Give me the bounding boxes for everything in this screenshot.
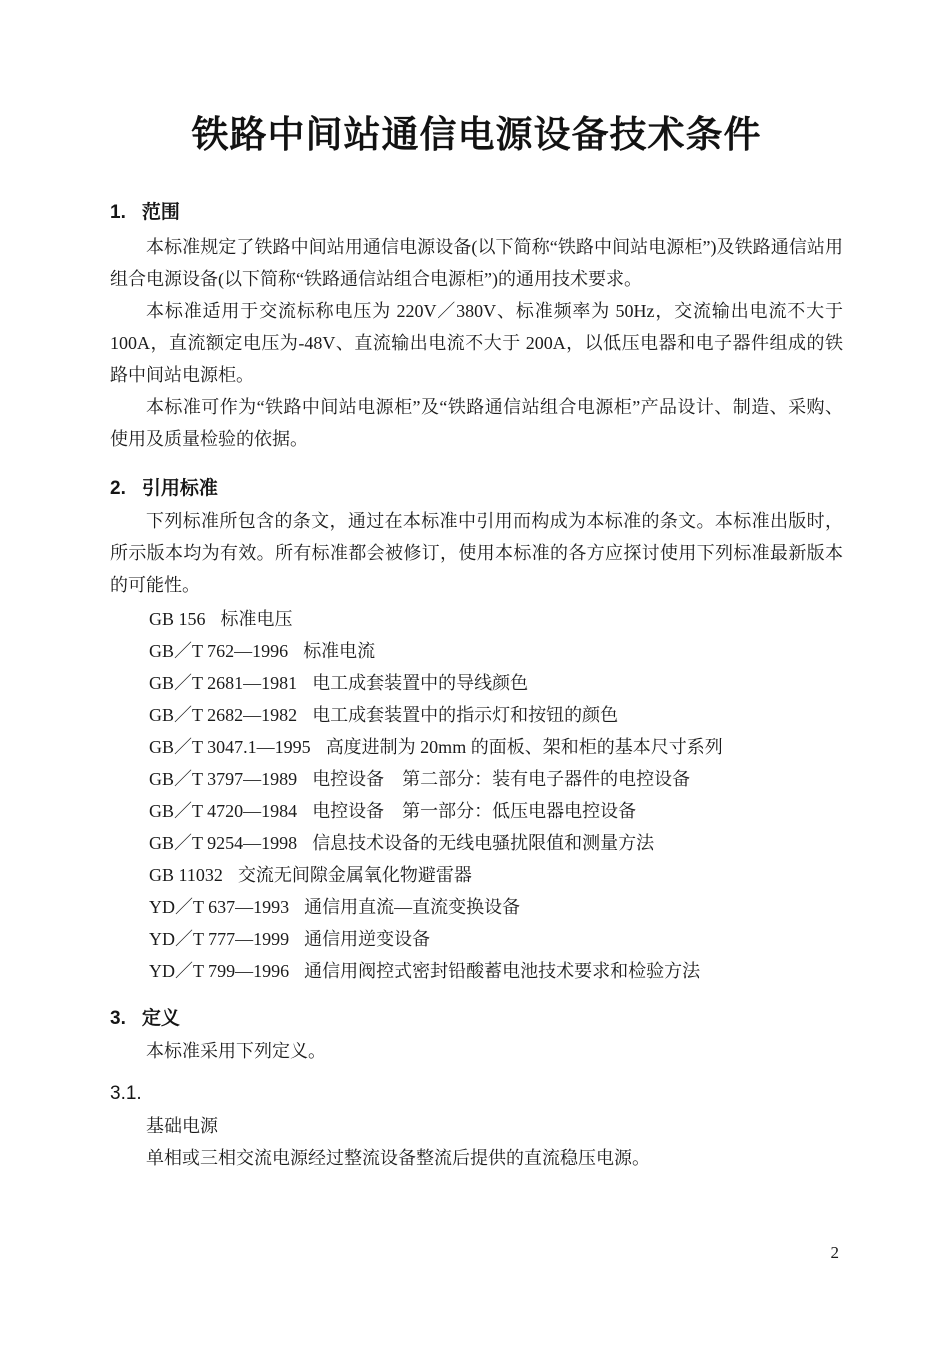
section-1-heading: 1.范围 [110,197,843,229]
standard-title: 电控设备 第二部分：装有电子器件的电控设备 [312,769,690,789]
section-2-number: 2. [110,478,126,499]
standard-item: GB／T 9254—1998信息技术设备的无线电骚扰限值和测量方法 [149,827,843,859]
section-3-paragraph-1: 本标准采用下列定义。 [110,1035,843,1067]
standard-code: YD／T 637—1993 [149,897,289,917]
standard-code: GB 11032 [149,865,223,885]
standard-code: GB／T 4720—1984 [149,801,297,821]
section-3-number: 3. [110,1008,126,1029]
standard-title: 通信用阀控式密封铅酸蓄电池技术要求和检验方法 [304,961,700,981]
subsection-3-1-definition: 单相或三相交流电源经过整流设备整流后提供的直流稳压电源。 [110,1142,843,1174]
standard-title: 交流无间隙金属氧化物避雷器 [238,865,472,885]
standard-item: GB／T 2682—1982电工成套装置中的指示灯和按钮的颜色 [149,699,843,731]
section-1-heading-label: 范围 [142,202,180,223]
standard-item: GB 156标准电压 [149,603,843,635]
section-2-paragraph-1: 下列标准所包含的条文，通过在本标准中引用而构成为本标准的条文。本标准出版时，所示… [110,505,843,601]
standard-item: GB 11032交流无间隙金属氧化物避雷器 [149,859,843,891]
standard-code: GB／T 3047.1—1995 [149,737,311,757]
section-2-heading: 2.引用标准 [110,473,843,505]
standard-code: GB／T 762—1996 [149,641,288,661]
standard-code: YD／T 799—1996 [149,961,289,981]
standard-code: GB／T 3797—1989 [149,769,297,789]
standard-title: 高度进制为 20mm 的面板、架和柜的基本尺寸系列 [326,737,723,757]
subsection-3-1-term: 基础电源 [110,1110,843,1142]
standard-title: 通信用直流—直流变换设备 [304,897,520,917]
standard-code: YD／T 777—1999 [149,929,289,949]
standard-title: 电工成套装置中的指示灯和按钮的颜色 [312,705,618,725]
document-title: 铁路中间站通信电源设备技术条件 [110,111,843,159]
standard-item: YD／T 637—1993通信用直流—直流变换设备 [149,891,843,923]
section-1-paragraph-2: 本标准适用于交流标称电压为 220V／380V、标准频率为 50Hz，交流输出电… [110,295,843,391]
document-content: 铁路中间站通信电源设备技术条件 1.范围 本标准规定了铁路中间站用通信电源设备(… [110,0,843,1345]
section-3-heading: 3.定义 [110,1003,843,1035]
standard-title: 信息技术设备的无线电骚扰限值和测量方法 [312,833,654,853]
standard-title: 标准电压 [221,609,293,629]
standard-code: GB／T 9254—1998 [149,833,297,853]
referenced-standards-list: GB 156标准电压 GB／T 762—1996标准电流 GB／T 2681—1… [110,603,843,987]
standard-item: YD／T 799—1996通信用阀控式密封铅酸蓄电池技术要求和检验方法 [149,955,843,987]
standard-item: GB／T 3047.1—1995高度进制为 20mm 的面板、架和柜的基本尺寸系… [149,731,843,763]
section-1-paragraph-3: 本标准可作为“铁路中间站电源柜”及“铁路通信站组合电源柜”产品设计、制造、采购、… [110,391,843,455]
standard-item: GB／T 762—1996标准电流 [149,635,843,667]
standard-code: GB／T 2681—1981 [149,673,297,693]
standard-title: 电控设备 第一部分：低压电器电控设备 [312,801,636,821]
section-1-paragraph-1: 本标准规定了铁路中间站用通信电源设备(以下简称“铁路中间站电源柜”)及铁路通信站… [110,231,843,295]
subsection-3-1-number: 3.1. [110,1078,843,1110]
standard-item: GB／T 3797—1989电控设备 第二部分：装有电子器件的电控设备 [149,763,843,795]
standard-item: GB／T 2681—1981电工成套装置中的导线颜色 [149,667,843,699]
standard-code: GB／T 2682—1982 [149,705,297,725]
section-2-heading-label: 引用标准 [142,478,218,499]
standard-title: 标准电流 [303,641,375,661]
standard-item: YD／T 777—1999通信用逆变设备 [149,923,843,955]
standard-title: 通信用逆变设备 [304,929,430,949]
section-1-number: 1. [110,202,126,223]
page-number: 2 [831,1243,840,1263]
standard-code: GB 156 [149,609,206,629]
document-page: 铁路中间站通信电源设备技术条件 1.范围 本标准规定了铁路中间站用通信电源设备(… [0,0,950,1345]
section-3-heading-label: 定义 [142,1008,180,1029]
standard-item: GB／T 4720—1984电控设备 第一部分：低压电器电控设备 [149,795,843,827]
standard-title: 电工成套装置中的导线颜色 [312,673,528,693]
